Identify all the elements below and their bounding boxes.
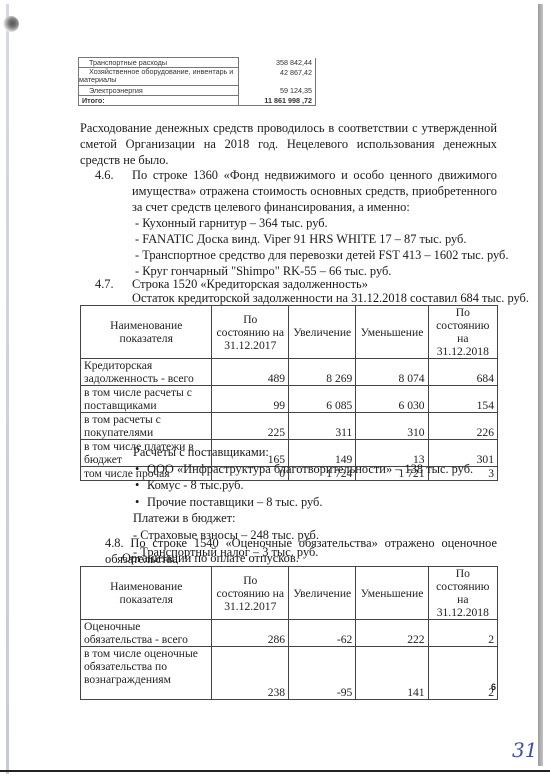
cell-value: 226 [428, 413, 497, 440]
cell-value: 99 [212, 386, 289, 413]
column-header: По состоянию на 31.12.2017 [212, 567, 289, 620]
section-4-8-subtext: Организации по оплате отпусков. [122, 551, 299, 565]
column-header: По состоянию на 31.12.2017 [212, 306, 289, 359]
section-number: 4.6. [95, 167, 114, 183]
row-label: Оценочные обязательства - всего [81, 620, 212, 647]
cell-value: 311 [289, 413, 356, 440]
expense-label: Электроэнергия [79, 86, 239, 96]
cell-value: 6 085 [289, 386, 356, 413]
column-header: Увеличение [289, 306, 356, 359]
list-item: - Транспортное средство для перевозки де… [135, 247, 508, 263]
cell-value: 286 [212, 620, 289, 647]
table-row: Кредиторская задолженность - всего 489 8… [81, 359, 498, 386]
total-value: 11 861 998 ,72 [239, 96, 316, 106]
column-header: Уменьшение [356, 306, 428, 359]
table-row: Оценочные обязательства - всего 286 -62 … [81, 620, 498, 647]
asset-list: - Кухонный гарнитур – 364 тыс. руб. - FA… [135, 215, 508, 279]
table-header-row: Наименование показателя По состоянию на … [81, 567, 498, 620]
column-header: Увеличение [289, 567, 356, 620]
cell-value: 154 [428, 386, 497, 413]
table-row: Хозяйственное оборудование, инвентарь и … [79, 68, 316, 86]
expense-label: Хозяйственное оборудование, инвентарь и … [79, 68, 239, 86]
scan-edge-right [538, 4, 543, 766]
cell-value: 225 [212, 413, 289, 440]
intro-paragraph: Расходование денежных средств проводилос… [80, 120, 497, 168]
cell-value: 141 [356, 647, 428, 700]
column-header: По состоянию на 31.12.2018 [428, 306, 497, 359]
section-number: 4.7. [95, 276, 114, 292]
punch-hole [3, 16, 19, 32]
scan-edge-bottom [0, 770, 550, 772]
expense-value: 59 124,35 [239, 86, 316, 96]
list-item: ООО «Инфраструктура благотворительности»… [133, 461, 473, 478]
cell-value: -62 [289, 620, 356, 647]
cell-value: 2 [428, 647, 497, 700]
list-item: - FANATIC Доска винд. Viper 91 HRS WHITE… [135, 231, 508, 247]
list-item: Комус - 8 тыс.руб. [133, 477, 473, 494]
cell-value: 310 [356, 413, 428, 440]
cell-value: 684 [428, 359, 497, 386]
column-header: Наименование показателя [81, 306, 212, 359]
expense-value: 42 867,42 [239, 68, 316, 86]
suppliers-heading: Расчеты с поставщиками: [133, 444, 473, 461]
page-number: 6 [491, 682, 496, 692]
total-row: Итого: 11 861 998 ,72 [79, 96, 316, 106]
row-label: в том числе оценочные обязательства по в… [81, 647, 212, 700]
column-header: Уменьшение [356, 567, 428, 620]
expense-value: 358 842,44 [239, 58, 316, 68]
scan-edge-left [6, 4, 9, 774]
table-row: Электроэнергия 59 124,35 [79, 86, 316, 96]
row-label: Кредиторская задолженность - всего [81, 359, 212, 386]
cell-value: 2 [428, 620, 497, 647]
handwritten-sheet-number: 31 [512, 738, 537, 762]
total-label: Итого: [79, 96, 239, 106]
cell-value: 489 [212, 359, 289, 386]
table-row: в том числе расчеты с поставщиками 99 6 … [81, 386, 498, 413]
cell-value: 6 030 [356, 386, 428, 413]
column-header: По состоянию на 31.12.2018 [428, 567, 497, 620]
section-4-6-text: По строке 1360 «Фонд недвижимого и особо… [132, 167, 497, 215]
expense-label: Транспортные расходы [79, 58, 239, 68]
expense-table: Транспортные расходы 358 842,44 Хозяйств… [78, 57, 316, 106]
cell-value: 222 [356, 620, 428, 647]
table-row: в том числе оценочные обязательства по в… [81, 647, 498, 700]
estimated-liabilities-table: Наименование показателя По состоянию на … [80, 566, 498, 700]
cell-value: 8 074 [356, 359, 428, 386]
cell-value: 238 [212, 647, 289, 700]
table-header-row: Наименование показателя По состоянию на … [81, 306, 498, 359]
row-label: в том числе расчеты с поставщиками [81, 386, 212, 413]
list-item: Прочие поставщики – 8 тыс. руб. [133, 494, 473, 511]
cell-value: -95 [289, 647, 356, 700]
table-row: в том расчеты с покупателями 225 311 310… [81, 413, 498, 440]
section-4-7-subtitle: Остаток кредиторской задолженности на 31… [132, 290, 529, 306]
list-item: - Кухонный гарнитур – 364 тыс. руб. [135, 215, 508, 231]
table-row: Транспортные расходы 358 842,44 [79, 58, 316, 68]
column-header: Наименование показателя [81, 567, 212, 620]
budget-heading: Платежи в бюджет: [133, 510, 473, 527]
cell-value: 8 269 [289, 359, 356, 386]
row-label: в том расчеты с покупателями [81, 413, 212, 440]
